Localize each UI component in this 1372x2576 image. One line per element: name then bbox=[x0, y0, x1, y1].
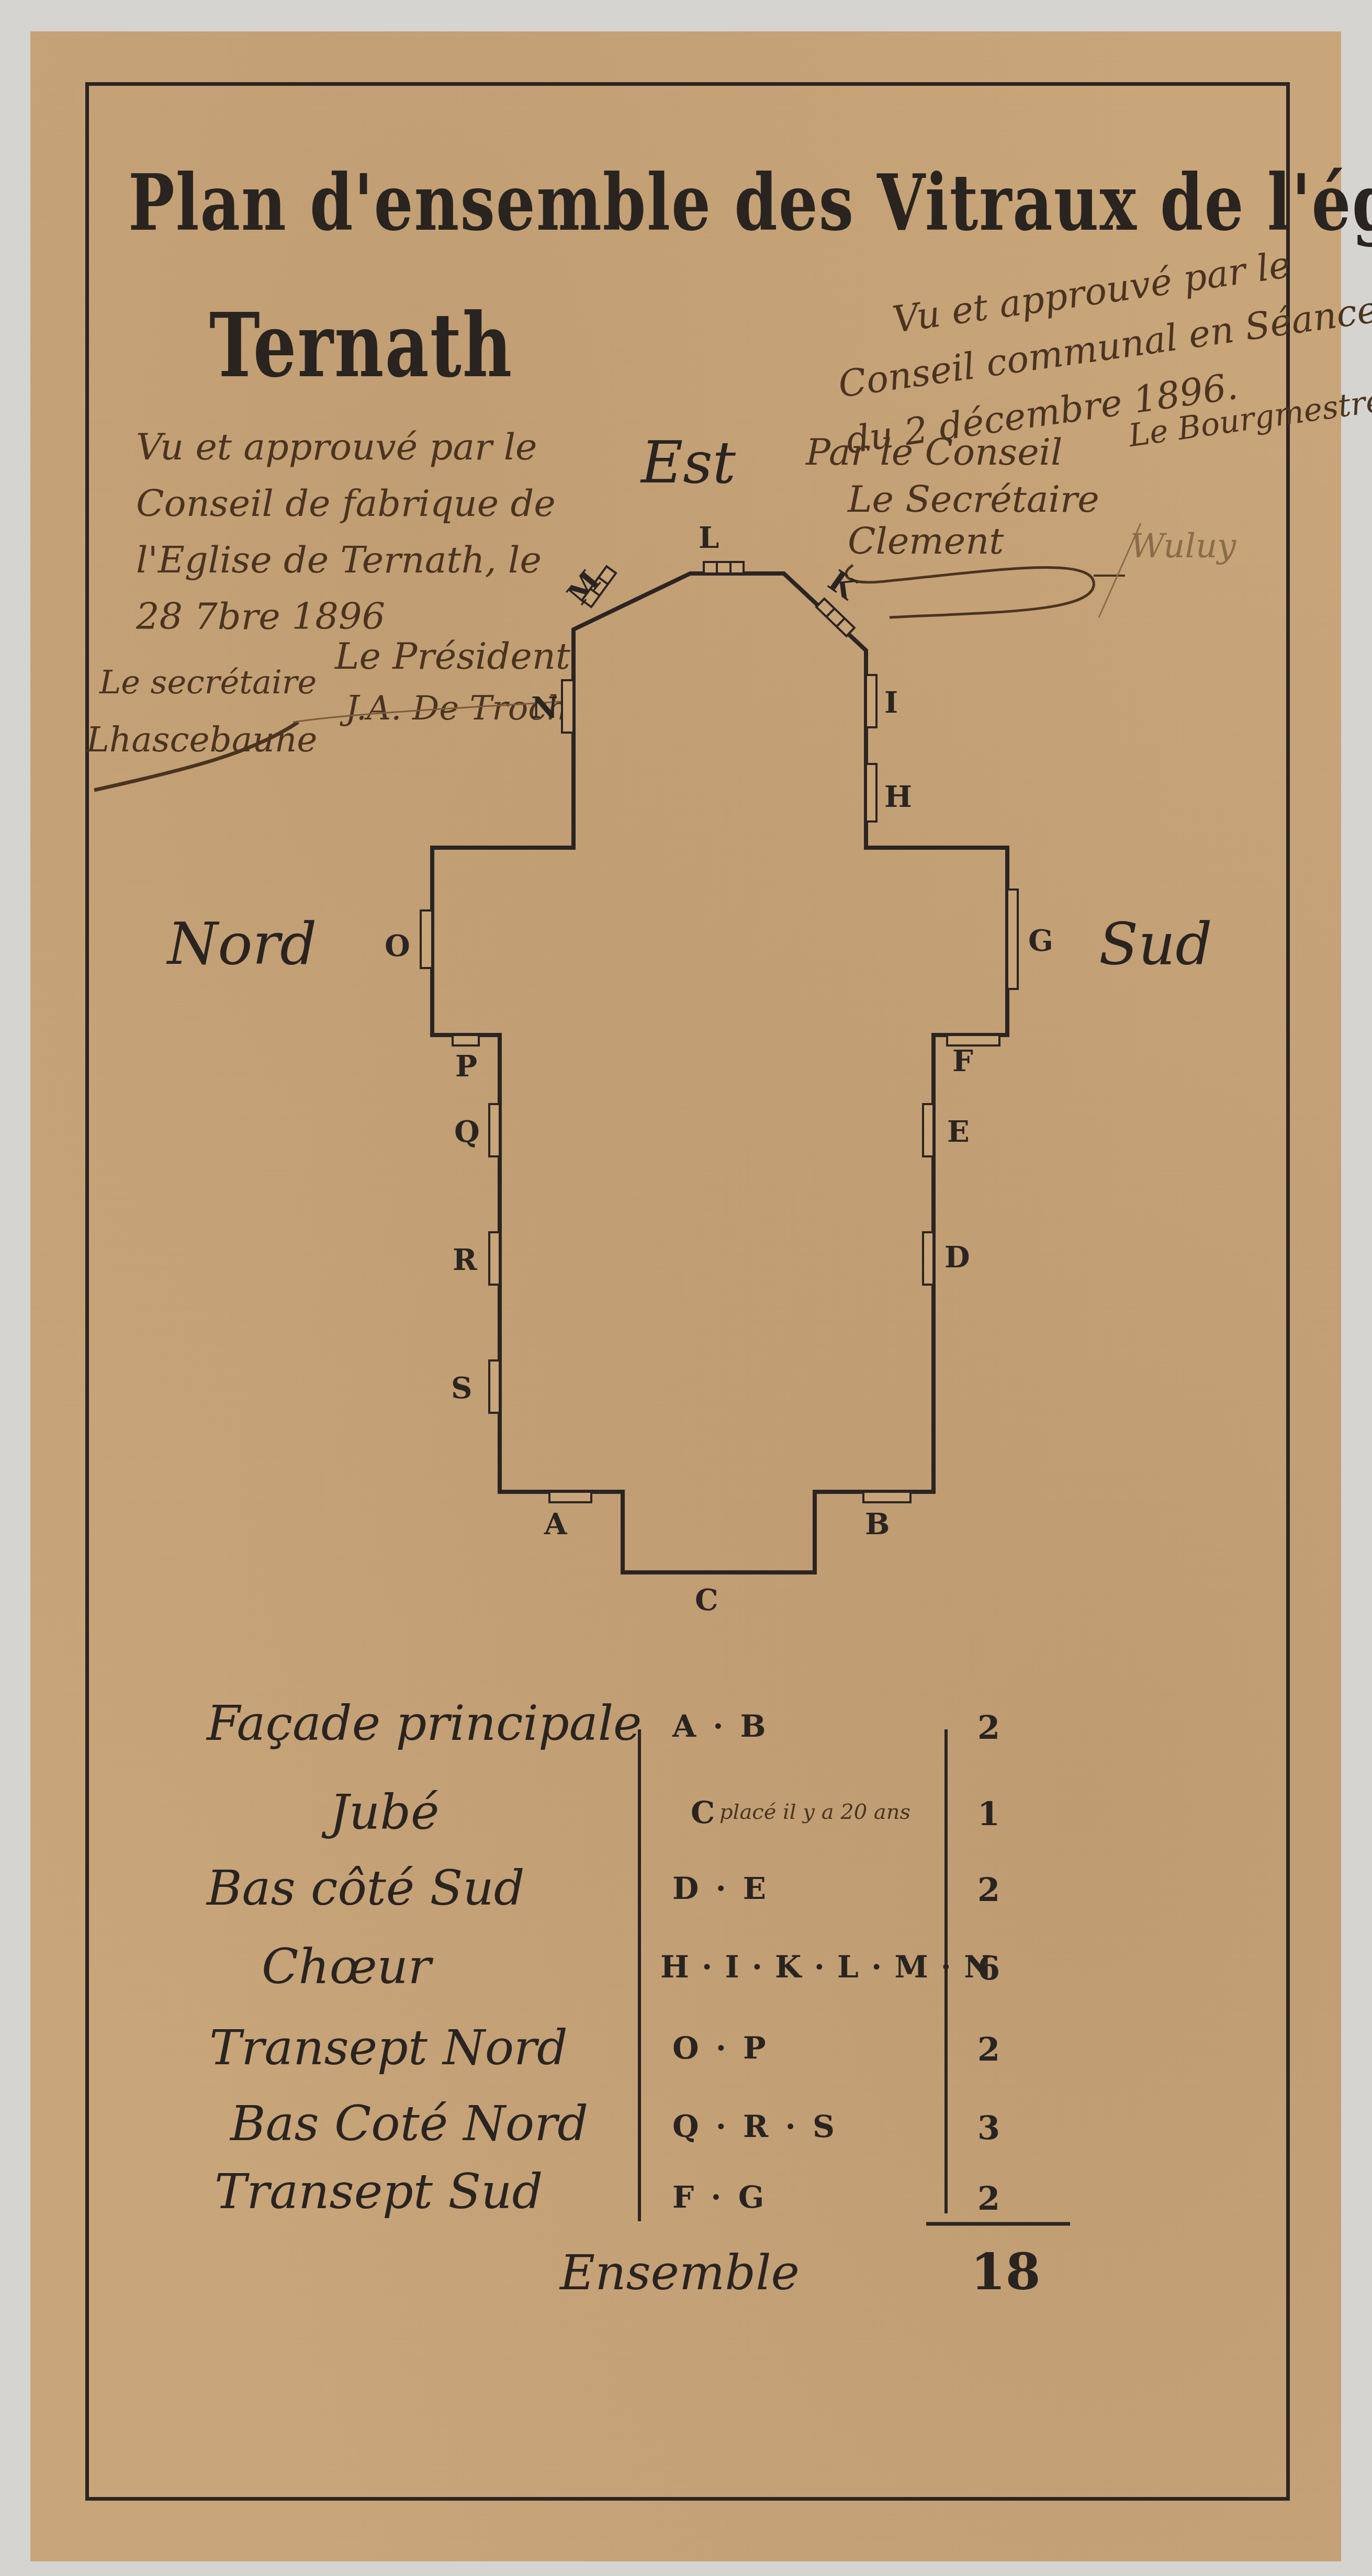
legend-windows: Q · R · S bbox=[672, 2109, 838, 2144]
legend-label: Transept Nord bbox=[209, 2020, 568, 2076]
legend-count: 3 bbox=[977, 2109, 1000, 2147]
legend-count: 2 bbox=[977, 2030, 1000, 2068]
legend-count: 6 bbox=[977, 1949, 1000, 1987]
legend-label: Transept Sud bbox=[215, 2164, 543, 2220]
legend-windows: H · I · K · L · M · N bbox=[660, 1949, 993, 1985]
legend-windows: O · P bbox=[672, 2030, 769, 2066]
legend-windows: C bbox=[691, 1795, 718, 1830]
legend-label: Bas côté Sud bbox=[207, 1860, 525, 1916]
legend-windows: F · G bbox=[672, 2179, 767, 2215]
legend-label: Jubé bbox=[330, 1784, 439, 1840]
legend-label: Chœur bbox=[262, 1939, 431, 1995]
legend-total-count: 18 bbox=[971, 2242, 1041, 2301]
legend-total-label: Ensemble bbox=[560, 2245, 800, 2301]
legend-count: 2 bbox=[977, 2179, 1000, 2218]
legend-label: Façade principale bbox=[207, 1695, 642, 1751]
legend-count: 2 bbox=[977, 1708, 1000, 1747]
legend-windows: A · B bbox=[672, 1708, 769, 1744]
legend-windows: D · E bbox=[672, 1871, 769, 1906]
legend-count: 1 bbox=[977, 1795, 1000, 1833]
legend-count: 2 bbox=[977, 1871, 1000, 1909]
legend-note: placé il y a 20 ans bbox=[719, 1800, 910, 1824]
legend-label: Bas Coté Nord bbox=[230, 2096, 588, 2152]
